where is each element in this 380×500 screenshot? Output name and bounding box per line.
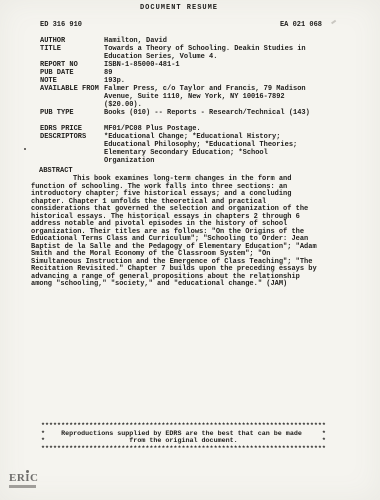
field-value: 89 (104, 69, 112, 77)
field-row-title: TITLE Towards a Theory of Schooling. Dea… (40, 45, 310, 61)
field-label: PUB DATE (40, 69, 104, 77)
field-value: Falmer Press, c/o Taylor and Francis, 79… (104, 85, 306, 109)
field-label: EDRS PRICE (40, 125, 104, 133)
edrs-reproduction-notice: ****************************************… (41, 423, 326, 453)
field-value: Books (010) -- Reports - Research/Techni… (104, 109, 310, 117)
catalog-fields: AUTHOR Hamilton, David TITLE Towards a T… (40, 37, 310, 165)
scan-speck-artifact (24, 148, 26, 150)
abstract-heading: ABSTRACT (39, 167, 73, 175)
field-row-pub-date: PUB DATE 89 (40, 69, 310, 77)
field-row-available-from: AVAILABLE FROM Falmer Press, c/o Taylor … (40, 85, 310, 109)
field-value: *Educational Change; *Educational Histor… (104, 133, 297, 165)
field-value: 193p. (104, 77, 125, 85)
field-label: PUB TYPE (40, 109, 104, 117)
ea-number: EA 021 068 (280, 21, 322, 29)
field-value: Hamilton, David (104, 37, 167, 45)
field-label: AUTHOR (40, 37, 104, 45)
field-value: MF01/PC08 Plus Postage. (104, 125, 201, 133)
eric-logo: ERIC (9, 473, 39, 488)
eric-logo-text: ERIC (9, 473, 39, 484)
field-value: ISBN-1-85000-481-1 (104, 61, 180, 69)
field-row-pub-type: PUB TYPE Books (010) -- Reports - Resear… (40, 109, 310, 117)
field-row-edrs-price: EDRS PRICE MF01/PC08 Plus Postage. (40, 125, 310, 133)
eric-logo-underline (9, 485, 36, 488)
field-label: REPORT NO (40, 61, 104, 69)
field-label: TITLE (40, 45, 104, 61)
field-row-report-no: REPORT NO ISBN-1-85000-481-1 (40, 61, 310, 69)
field-label: DESCRIPTORS (40, 133, 104, 165)
field-row-author: AUTHOR Hamilton, David (40, 37, 310, 45)
field-row-descriptors: DESCRIPTORS *Educational Change; *Educat… (40, 133, 310, 165)
ed-number: ED 316 910 (40, 21, 82, 29)
id-row: ED 316 910 EA 021 068 (40, 21, 322, 29)
abstract-body: This book examines long-term changes in … (31, 176, 317, 289)
field-row-note: NOTE 193p. (40, 77, 310, 85)
document-resume-header: DOCUMENT RESUME (0, 4, 358, 12)
scanned-document-page: DOCUMENT RESUME ED 316 910 EA 021 068 AU… (0, 0, 380, 500)
scan-mark-artifact (331, 20, 336, 24)
field-label: AVAILABLE FROM (40, 85, 104, 109)
field-value: Towards a Theory of Schooling. Deakin St… (104, 45, 306, 61)
field-label: NOTE (40, 77, 104, 85)
eric-figure-icon (26, 470, 29, 473)
